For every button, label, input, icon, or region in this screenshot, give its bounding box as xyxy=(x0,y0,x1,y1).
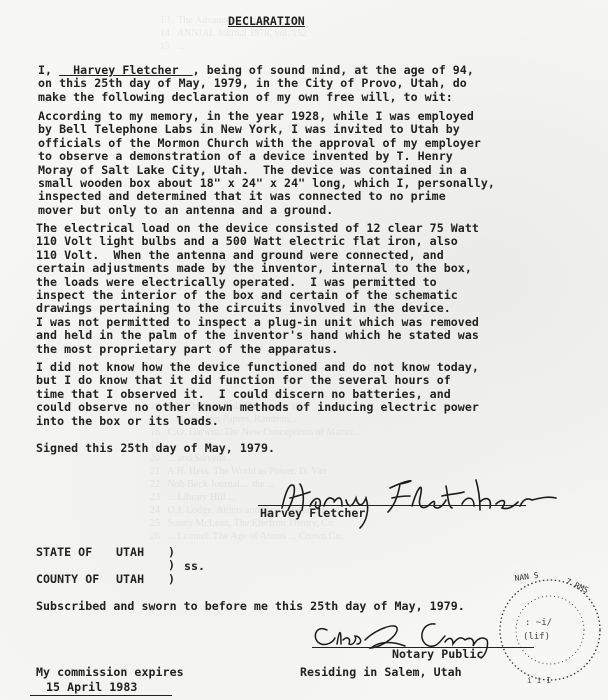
paragraph-line: the most proprietary part of the apparat… xyxy=(36,342,338,356)
paragraph-line: inspected and determined that it was con… xyxy=(38,189,446,203)
bracket-middle: ) xyxy=(168,559,175,572)
paragraph-line: and held in the palm of the inventor's h… xyxy=(36,328,479,342)
paragraph-line: inspect the interior of the box and cert… xyxy=(36,288,458,302)
intro-paragraph: I, Harvey Fletcher , being of sound mind… xyxy=(38,64,474,104)
commission-date-underline xyxy=(30,695,172,696)
paragraph-line: to observe a demonstration of a device i… xyxy=(38,149,453,163)
venue-state-value: UTAH xyxy=(116,546,144,559)
paragraph-line: Moray of Salt Lake City, Utah. The devic… xyxy=(38,163,467,177)
venue-county-value: UTAH xyxy=(116,573,144,586)
intro-line2: on this 25th day of May, 1979, in the Ci… xyxy=(38,76,467,90)
svg-text:NAN S: NAN S xyxy=(514,571,539,583)
paragraph-line: mover but only to an antenna and a groun… xyxy=(38,203,333,217)
document-page: 13 The Advance of Science ... 14 ANNIAL … xyxy=(0,0,608,700)
paragraph-line: the loads were electrically operated. I … xyxy=(36,275,437,289)
paragraph-line: According to my memory, in the year 1928… xyxy=(38,109,474,123)
declarant-printed-name: Harvey Fletcher xyxy=(260,507,365,520)
paragraph-1: According to my memory, in the year 1928… xyxy=(38,110,495,217)
intro-line3: make the following declaration of my own… xyxy=(38,90,453,104)
bracket-bottom: ) xyxy=(168,573,175,586)
svg-text:7 RMS: 7 RMS xyxy=(564,577,590,595)
paragraph-line: officials of the Mormon Church with the … xyxy=(38,136,481,150)
venue-ss: ss. xyxy=(184,560,205,573)
declarant-signature xyxy=(270,470,590,530)
intro-prefix: I, xyxy=(38,63,59,77)
venue-county-label: COUNTY OF xyxy=(36,573,99,586)
signed-date-line: Signed this 25th day of May, 1979. xyxy=(36,442,275,455)
commission-date: 15 April 1983 xyxy=(46,681,137,694)
paragraph-line: small wooden box about 18" x 24" x 24" l… xyxy=(38,176,495,190)
paragraph-line: drawings pertaining to the circuits invo… xyxy=(36,301,451,315)
notary-seal-stamp: NAN S 7 RMS : ~i/ (lif) i i I xyxy=(495,565,605,695)
paragraph-line: but I do know that it did function for t… xyxy=(36,373,451,387)
paragraph-line: The electrical load on the device consis… xyxy=(36,221,479,235)
notary-title: Notary Public xyxy=(392,648,483,661)
paragraph-line: certain adjustments made by the inventor… xyxy=(36,261,472,275)
declarant-name-field: Harvey Fletcher xyxy=(59,63,193,77)
svg-text:i i I: i i I xyxy=(527,676,551,685)
svg-text:(lif): (lif) xyxy=(523,632,550,642)
paragraph-line: by Bell Telephone Labs in New York, I wa… xyxy=(38,122,460,136)
paragraph-line: 110 Volt. When the antenna and ground we… xyxy=(36,248,444,262)
paragraph-line: into the box or its loads. xyxy=(36,414,219,428)
paragraph-2: The electrical load on the device consis… xyxy=(36,222,479,356)
intro-line1-rest: , being of sound mind, at the age of 94, xyxy=(193,63,474,77)
paragraph-line: time that I observed it. I could discern… xyxy=(36,387,451,401)
svg-text:: ~i/: : ~i/ xyxy=(525,618,552,628)
venue-state-label: STATE OF xyxy=(36,546,92,559)
paragraph-line: 110 Volt light bulbs and a 500 Watt elec… xyxy=(36,234,458,248)
document-title: DECLARATION xyxy=(228,14,305,28)
paragraph-line: I did not know how the device functioned… xyxy=(36,360,479,374)
commission-expires-label: My commission expires xyxy=(36,666,184,679)
paragraph-line: I was not permitted to inspect a plug-in… xyxy=(36,315,479,329)
notary-residence: Residing in Salem, Utah xyxy=(300,666,462,679)
paragraph-line: could observe no other known methods of … xyxy=(36,400,479,414)
paragraph-3: I did not know how the device functioned… xyxy=(36,361,479,428)
